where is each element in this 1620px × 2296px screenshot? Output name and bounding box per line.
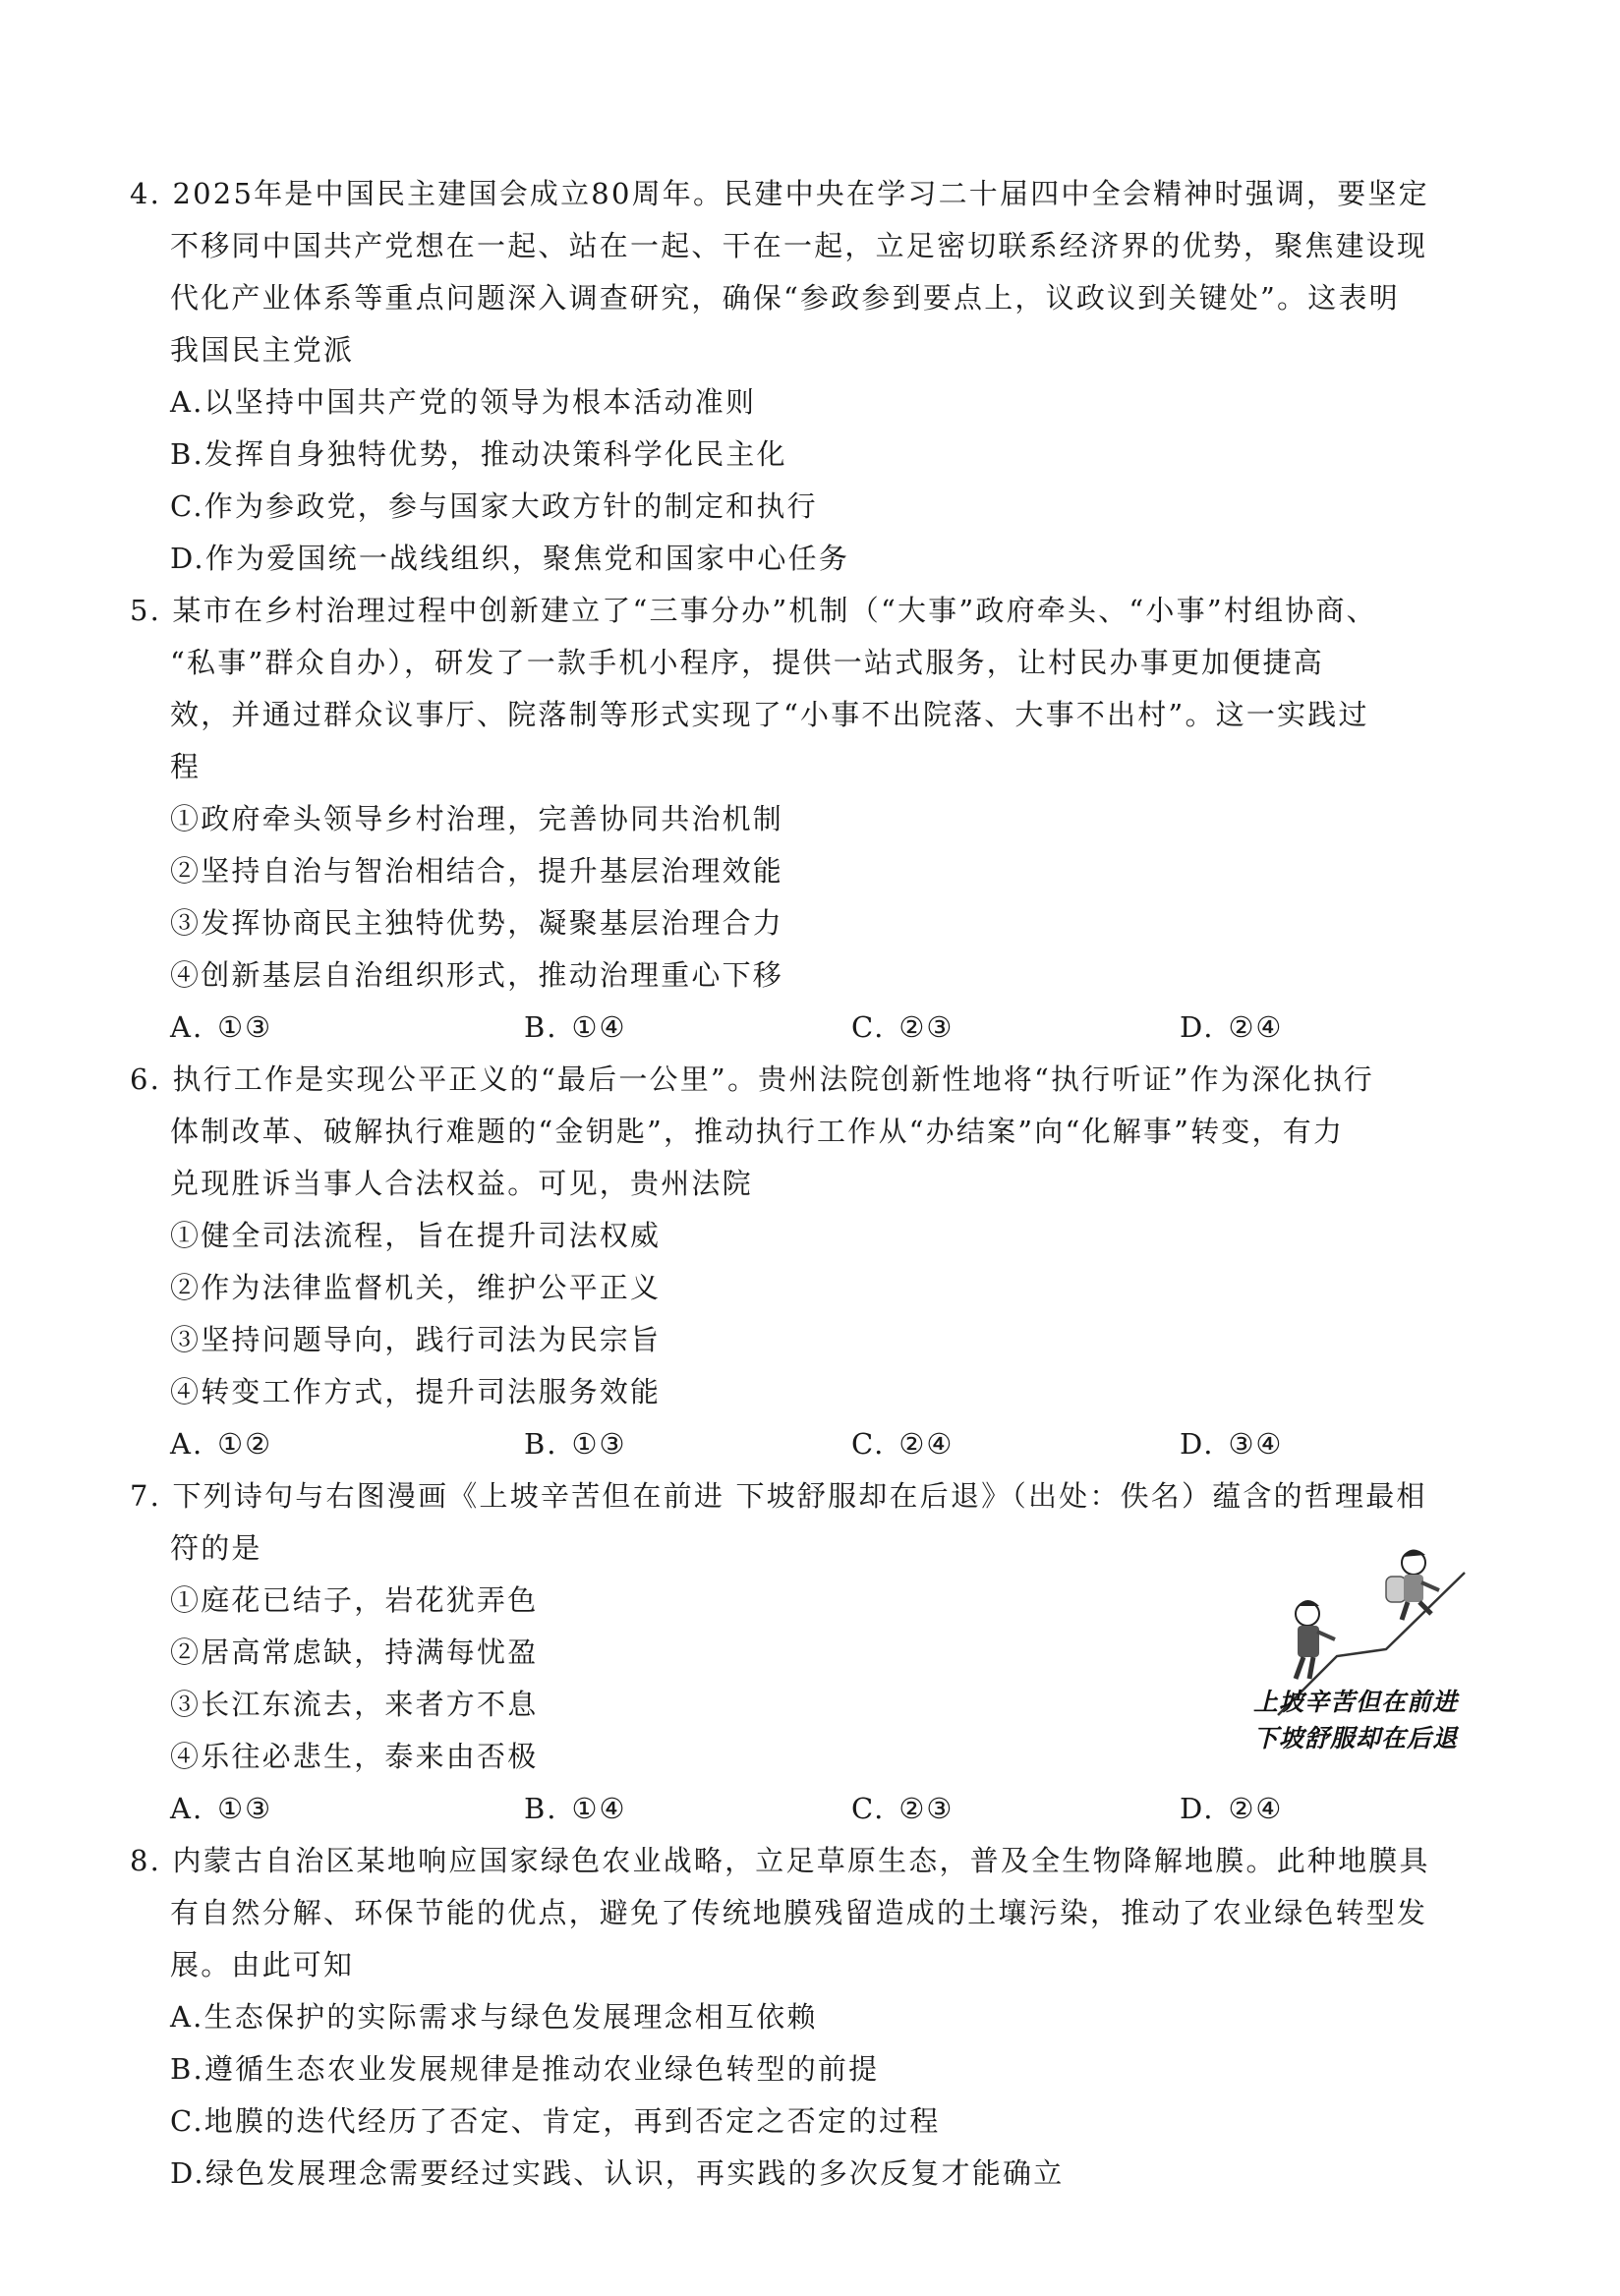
statement-3: ③发挥协商民主独特优势，凝聚基层治理合力 [170,897,783,948]
choice-row: A.①③ B.①④ C.②③ D.②④ [0,1002,1620,1053]
question-stem-line: 7. 下列诗句与右图漫画《上坡辛苦但在前进 下坡舒服却在后退》（出处：佚名）蕴含… [130,1470,1427,1521]
statement-1: ①庭花已结子，岩花犹弄色 [170,1575,538,1626]
option-a: A.生态保护的实际需求与绿色发展理念相互依赖 [170,1991,818,2042]
question-stem-line: 6. 执行工作是实现公平正义的“最后一公里”。贵州法院创新性地将“执行听证”作为… [130,1054,1374,1105]
statement-1: ①政府牵头领导乡村治理，完善协同共治机制 [170,793,783,844]
choice-d: D.②④ [1180,1783,1283,1834]
downhill-figure-icon [1296,1600,1335,1679]
question-stem-line: 效，并通过群众议事厅、院落制等形式实现了“小事不出院落、大事不出村”。这一实践过 [170,689,1369,740]
choice-a: A.①③ [170,1002,272,1053]
choice-b: B.①③ [524,1418,627,1469]
cartoon-caption-line-2: 下坡舒服却在后退 [1253,1722,1509,1755]
choice-b: B.①④ [524,1783,627,1834]
statement-4: ④创新基层自治组织形式，推动治理重心下移 [170,949,783,1001]
choice-row: A.①② B.①③ C.②④ D.③④ [0,1418,1620,1469]
choice-d: D.③④ [1180,1418,1283,1469]
statement-2: ②作为法律监督机关，维护公平正义 [170,1262,661,1313]
statement-4: ④转变工作方式，提升司法服务效能 [170,1366,661,1417]
choice-b: B.①④ [524,1002,627,1053]
choice-a: A.①② [170,1418,272,1469]
option-d: D.作为爱国统一战线组织，聚焦党和国家中心任务 [170,533,849,584]
cartoon-caption-line-1: 上坡辛苦但在前进 [1253,1686,1509,1719]
question-stem-line: 代化产业体系等重点问题深入调查研究，确保“参政参到要点上，议政议到关键处”。这表… [170,272,1400,323]
question-stem-line: 有自然分解、环保节能的优点，避免了传统地膜残留造成的土壤污染，推动了农业绿色转型… [170,1887,1427,1938]
question-stem-line: 符的是 [170,1522,262,1574]
choice-d: D.②④ [1180,1002,1283,1053]
option-b: B.遵循生态农业发展规律是推动农业绿色转型的前提 [170,2043,879,2095]
option-a: A.以坚持中国共产党的领导为根本活动准则 [170,376,756,428]
question-stem-line: 兑现胜诉当事人合法权益。可见，贵州法院 [170,1158,753,1209]
question-stem-line: 我国民主党派 [170,324,354,375]
choice-c: C.②③ [851,1002,954,1053]
question-stem-line: 程 [170,741,201,792]
choice-a: A.①③ [170,1783,272,1834]
question-stem-line: 体制改革、破解执行难题的“金钥匙”，推动执行工作从“办结案”向“化解事”转变，有… [170,1106,1344,1157]
choice-c: C.②④ [851,1418,954,1469]
exam-page: 4. 2025年是中国民主建国会成立80周年。民建中央在学习二十届四中全会精神时… [0,0,1620,2296]
question-stem-line: 展。由此可知 [170,1939,354,1990]
uphill-figure-icon [1386,1549,1439,1620]
option-d: D.绿色发展理念需要经过实践、认识，再实践的多次反复才能确立 [170,2148,1064,2199]
option-b: B.发挥自身独特优势，推动决策科学化民主化 [170,429,787,480]
choice-c: C.②③ [851,1783,954,1834]
question-stem-line: 不移同中国共产党想在一起、站在一起、干在一起，立足密切联系经济界的优势，聚焦建设… [170,220,1427,271]
statement-2: ②坚持自治与智治相结合，提升基层治理效能 [170,845,783,896]
choice-row: A.①③ B.①④ C.②③ D.②④ [0,1783,1620,1834]
option-c: C.作为参政党，参与国家大政方针的制定和执行 [170,481,818,532]
statement-4: ④乐往必悲生，泰来由否极 [170,1731,538,1782]
statement-3: ③长江东流去，来者方不息 [170,1679,538,1730]
question-stem-line: 5. 某市在乡村治理过程中创新建立了“三事分办”机制（“大事”政府牵头、“小事”… [130,585,1377,636]
question-stem-line: “私事”群众自办），研发了一款手机小程序，提供一站式服务，让村民办事更加便捷高 [170,637,1324,688]
question-stem-line: 8. 内蒙古自治区某地响应国家绿色农业战略，立足草原生态，普及全生物降解地膜。此… [130,1835,1430,1886]
statement-1: ①健全司法流程，旨在提升司法权威 [170,1210,661,1261]
option-c: C.地膜的迭代经历了否定、肯定，再到否定之否定的过程 [170,2095,941,2147]
statement-3: ③坚持问题导向，践行司法为民宗旨 [170,1314,661,1365]
statement-2: ②居高常虑缺，持满每忧盈 [170,1627,538,1678]
question-stem-line: 4. 2025年是中国民主建国会成立80周年。民建中央在学习二十届四中全会精神时… [130,168,1429,219]
